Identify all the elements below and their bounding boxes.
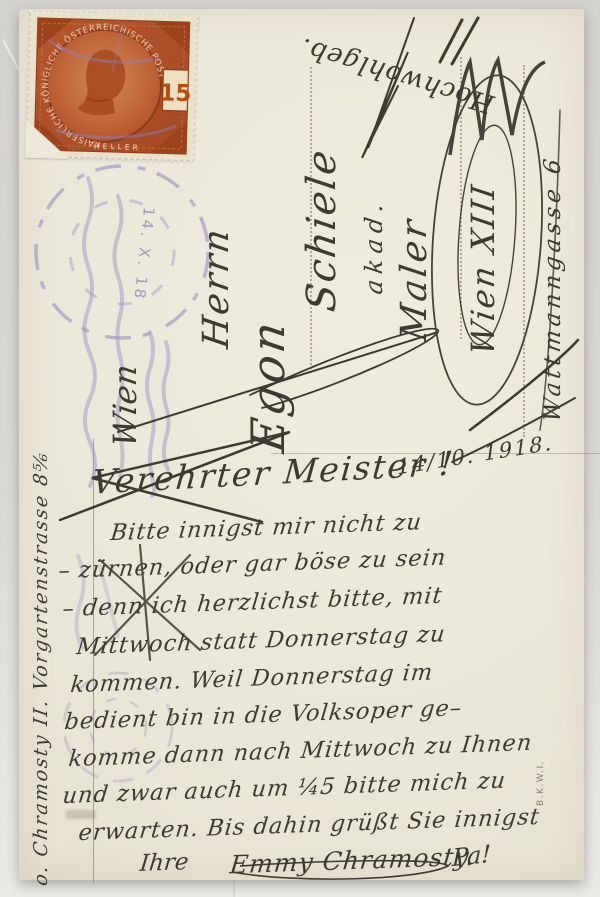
message-postscript: Pa! xyxy=(452,840,492,872)
message-closing: Ihre xyxy=(139,849,190,877)
publisher-imprint: B.K.W.I. xyxy=(536,760,546,806)
printer-imprint-smudge xyxy=(66,810,96,819)
address-profession-abbr: akad. xyxy=(360,196,388,296)
address-city-script: Wien xyxy=(106,362,144,449)
postage-stamp: KAISERLICHE KÖNIGLICHE ÖSTERREICHISCHE P… xyxy=(25,10,199,163)
sender-address: o. Chramosty II. Vorgartenstrasse 8⅚ xyxy=(30,450,52,887)
address-title: Herrn xyxy=(196,225,237,351)
table-seam xyxy=(233,880,235,897)
postcard-photo: KAISERLICHE KÖNIGLICHE ÖSTERREICHISCHE P… xyxy=(0,0,600,897)
address-street: Wattmanngasse 6 xyxy=(540,153,566,423)
address-last-name: Schiele xyxy=(299,146,345,315)
address-city: Wien XIII xyxy=(464,181,502,357)
stamp-currency-text: HELLER xyxy=(94,142,141,153)
address-first-name: Egon xyxy=(241,316,295,456)
stamp-denomination: 15 xyxy=(159,80,192,107)
printed-dotted-line-3 xyxy=(523,65,525,437)
address-profession: Maler xyxy=(394,215,435,344)
